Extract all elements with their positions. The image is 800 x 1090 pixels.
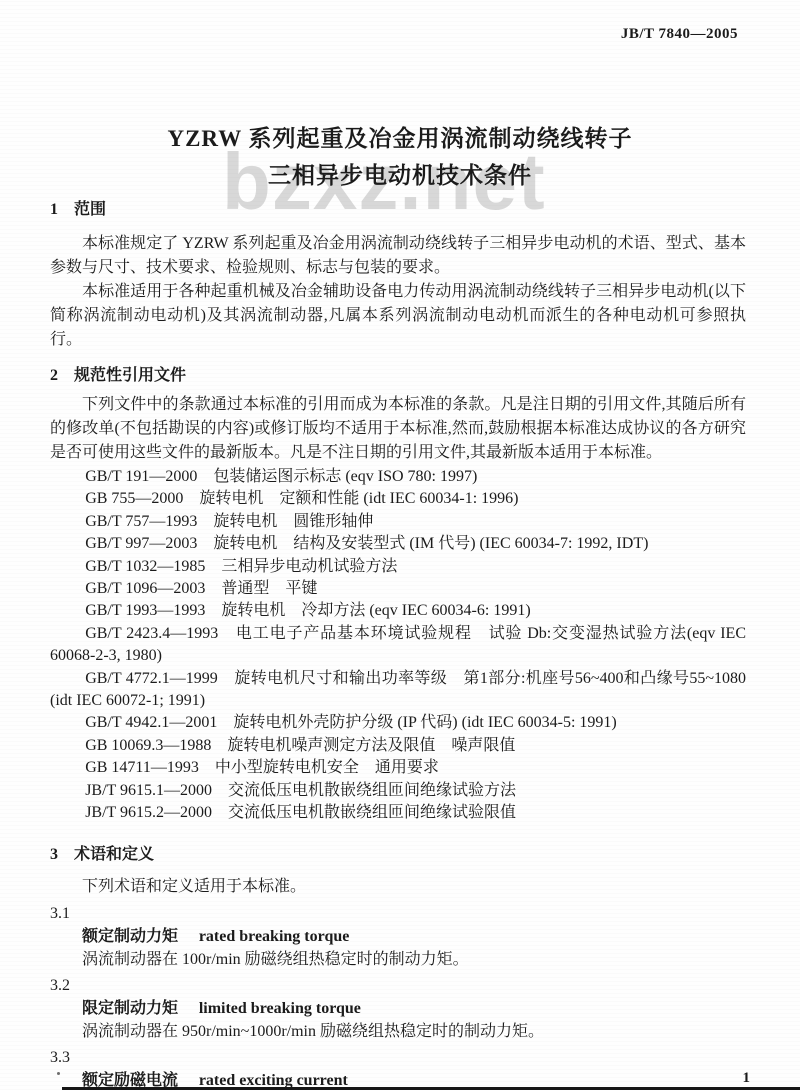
- reference-list: GB/T 191—2000 包装储运图示标志 (eqv ISO 780: 199…: [50, 466, 746, 825]
- term-en: rated exciting current: [199, 1072, 348, 1089]
- section-1-paragraph-2: 本标准适用于各种起重机械及冶金辅助设备电力传动用涡流制动绕线转子三相异步电动机(…: [50, 280, 746, 352]
- reference-item: GB/T 1993—1993 旋转电机 冷却方法 (eqv IEC 60034-…: [50, 600, 746, 622]
- section-2-heading: 2 规范性引用文件: [50, 366, 746, 386]
- reference-item: JB/T 9615.1—2000 交流低压电机散嵌绕组匝间绝缘试验方法: [50, 780, 746, 802]
- term-number: 3.2: [50, 975, 746, 997]
- scan-speck: [57, 1072, 60, 1075]
- doc-number: JB/T 7840—2005: [621, 26, 738, 43]
- reference-item: GB/T 757—1993 旋转电机 圆锥形轴伸: [50, 511, 746, 533]
- section-1-heading: 1 范围: [50, 200, 746, 220]
- page-body: 1 范围 本标准规定了 YZRW 系列起重及冶金用涡流制动绕线转子三相异步电动机…: [50, 196, 746, 1090]
- term-en: rated breaking torque: [199, 928, 350, 945]
- term-en: limited breaking torque: [199, 1000, 361, 1017]
- term-number: 3.3: [50, 1047, 746, 1069]
- reference-item: GB 10069.3—1988 旋转电机噪声测定方法及限值 噪声限值: [50, 735, 746, 757]
- reference-item: GB/T 1032—1985 三相异步电动机试验方法: [50, 556, 746, 578]
- reference-item: GB 14711—1993 中小型旋转电机安全 通用要求: [50, 757, 746, 779]
- title-line-1: YZRW 系列起重及冶金用涡流制动绕线转子: [0, 120, 800, 157]
- term-3-1: 3.1 额定制动力矩rated breaking torque 涡流制动器在 1…: [50, 903, 746, 971]
- term-title: 限定制动力矩limited breaking torque: [50, 997, 746, 1020]
- title-line-2: 三相异步电动机技术条件: [0, 157, 800, 194]
- reference-item: GB/T 4772.1—1999 旋转电机尺寸和输出功率等级 第1部分:机座号5…: [50, 668, 746, 713]
- page-number: 1: [743, 1070, 751, 1087]
- term-zh: 额定制动力矩: [82, 928, 178, 945]
- term-zh: 额定励磁电流: [82, 1072, 178, 1089]
- section-1-paragraph-1: 本标准规定了 YZRW 系列起重及冶金用涡流制动绕线转子三相异步电动机的术语、型…: [50, 232, 746, 280]
- reference-item: JB/T 9615.2—2000 交流低压电机散嵌绕组匝间绝缘试验限值: [50, 802, 746, 824]
- reference-item: GB/T 997—2003 旋转电机 结构及安装型式 (IM 代号) (IEC …: [50, 533, 746, 555]
- reference-item: GB/T 2423.4—1993 电工电子产品基本环境试验规程 试验 Db:交变…: [50, 623, 746, 668]
- section-3-heading: 3 术语和定义: [50, 845, 746, 865]
- term-title: 额定制动力矩rated breaking torque: [50, 925, 746, 948]
- reference-item: GB 755—2000 旋转电机 定额和性能 (idt IEC 60034-1:…: [50, 488, 746, 510]
- term-3-2: 3.2 限定制动力矩limited breaking torque 涡流制动器在…: [50, 975, 746, 1043]
- term-number: 3.1: [50, 903, 746, 925]
- section-2-intro: 下列文件中的条款通过本标准的引用而成为本标准的条款。凡是注日期的引用文件,其随后…: [50, 393, 746, 465]
- term-definition: 涡流制动器在 950r/min~1000r/min 励磁绕组热稳定时的制动力矩。: [50, 1020, 746, 1043]
- reference-item: GB/T 1096—2003 普通型 平键: [50, 578, 746, 600]
- document-title: YZRW 系列起重及冶金用涡流制动绕线转子 三相异步电动机技术条件: [0, 120, 800, 194]
- term-definition: 涡流制动器在 100r/min 励磁绕组热稳定时的制动力矩。: [50, 948, 746, 971]
- term-3-3: 3.3 额定励磁电流rated exciting current: [50, 1047, 746, 1090]
- section-3-intro: 下列术语和定义适用于本标准。: [50, 875, 746, 899]
- reference-item: GB/T 191—2000 包装储运图示标志 (eqv ISO 780: 199…: [50, 466, 746, 488]
- reference-item: GB/T 4942.1—2001 旋转电机外壳防护分级 (IP 代码) (idt…: [50, 712, 746, 734]
- term-zh: 限定制动力矩: [82, 1000, 178, 1017]
